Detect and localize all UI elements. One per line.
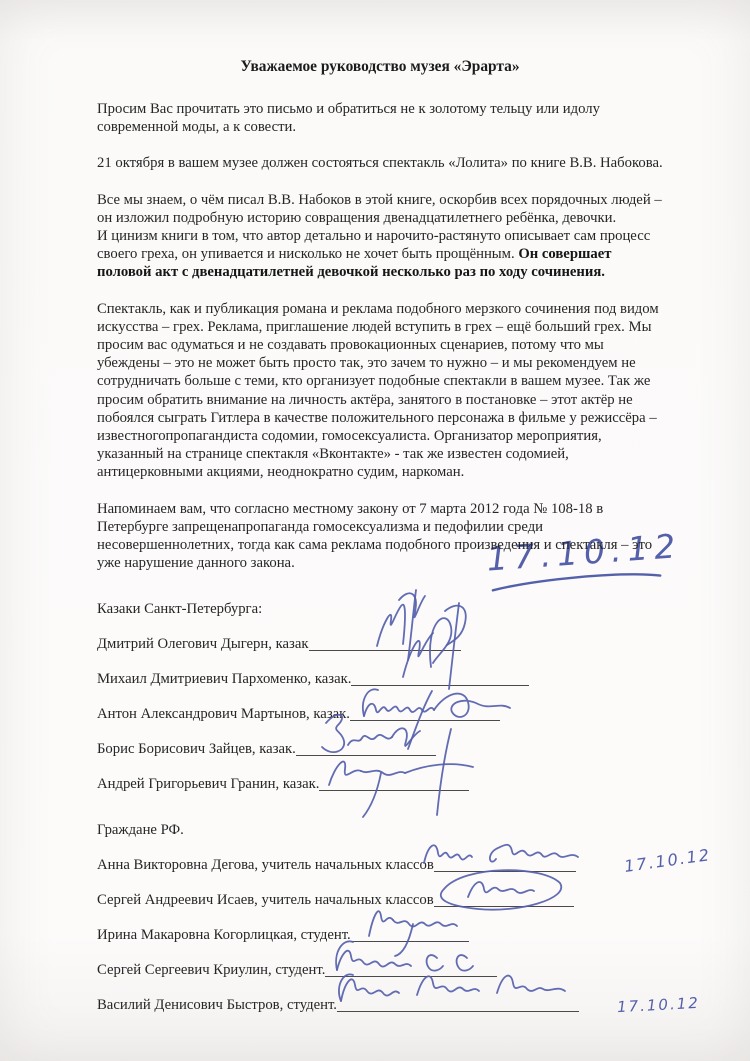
signature-line	[351, 671, 529, 686]
paragraph-spectacle-sin: Спектакль, как и публикация романа и рек…	[97, 300, 663, 482]
signer-name: Антон Александрович Мартынов, казак.	[97, 706, 350, 722]
signer-name: Сергей Андреевич Исаев, учитель начальны…	[97, 892, 434, 908]
signer-name: Михаил Дмитриевич Пархоменко, казак.	[97, 671, 351, 687]
paragraph-book-critique-intro: Все мы знаем, о чём писал В.В. Набоков в…	[97, 191, 663, 227]
signer-name: Борис Борисович Зайцев, казак.	[97, 741, 296, 757]
signature-line	[434, 857, 576, 872]
signature-line	[337, 997, 579, 1012]
handwritten-date-degova: 17.10.12	[623, 846, 712, 876]
signer-row: Дмитрий Олегович Дыгерн, казак	[97, 635, 663, 653]
signature-line	[309, 636, 461, 651]
signer-name: Анна Викторовна Дегова, учитель начальны…	[97, 857, 434, 873]
signature-scribble-dygern	[367, 582, 457, 662]
paragraph-law-reminder: Напоминаем вам, что согласно местному за…	[97, 500, 663, 573]
signer-name: Андрей Григорьевич Гранин, казак.	[97, 776, 319, 792]
signature-line	[350, 706, 500, 721]
signer-row: Андрей Григорьевич Гранин, казак.	[97, 775, 663, 793]
handwritten-date-bystrov: 17.10.12	[617, 994, 701, 1016]
signer-row: Василий Денисович Быстров, студент. 17.1…	[97, 996, 663, 1014]
signer-row: Сергей Сергеевич Криулин, студент.	[97, 961, 663, 979]
signature-line	[319, 776, 469, 791]
signer-row: Сергей Андреевич Исаев, учитель начальны…	[97, 891, 663, 909]
signature-line	[325, 962, 497, 977]
paragraph-appeal: Просим Вас прочитать это письмо и обрати…	[97, 100, 663, 136]
scanned-letter-page: 17.10.12 Уважаемое руководство музея «Эр…	[0, 0, 750, 1061]
signer-name: Сергей Сергеевич Криулин, студент.	[97, 962, 325, 978]
paragraph-announcement: 21 октября в вашем музее должен состоять…	[97, 154, 663, 172]
cossacks-heading: Казаки Санкт-Петербурга:	[97, 600, 663, 618]
paragraph-book-critique: Все мы знаем, о чём писал В.В. Набоков в…	[97, 191, 663, 282]
letter-title: Уважаемое руководство музея «Эрарта»	[97, 58, 663, 76]
signature-scribble-zaytsev	[310, 689, 460, 781]
signer-name: Василий Денисович Быстров, студент.	[97, 997, 337, 1013]
signer-row: Ирина Макаровна Когорлицкая, студент.	[97, 926, 663, 944]
citizens-heading: Граждане РФ.	[97, 821, 663, 839]
signer-name: Ирина Макаровна Когорлицкая, студент.	[97, 927, 351, 943]
signature-line	[296, 741, 436, 756]
signer-row: Борис Борисович Зайцев, казак.	[97, 740, 663, 758]
signer-name: Дмитрий Олегович Дыгерн, казак	[97, 636, 309, 652]
signature-line	[351, 927, 469, 942]
letter-body: Уважаемое руководство музея «Эрарта» Про…	[97, 58, 663, 1014]
signer-row: Михаил Дмитриевич Пархоменко, казак.	[97, 670, 663, 688]
signature-line	[434, 892, 574, 907]
signer-row: Анна Викторовна Дегова, учитель начальны…	[97, 856, 663, 874]
signer-row: Антон Александрович Мартынов, казак.	[97, 705, 663, 723]
